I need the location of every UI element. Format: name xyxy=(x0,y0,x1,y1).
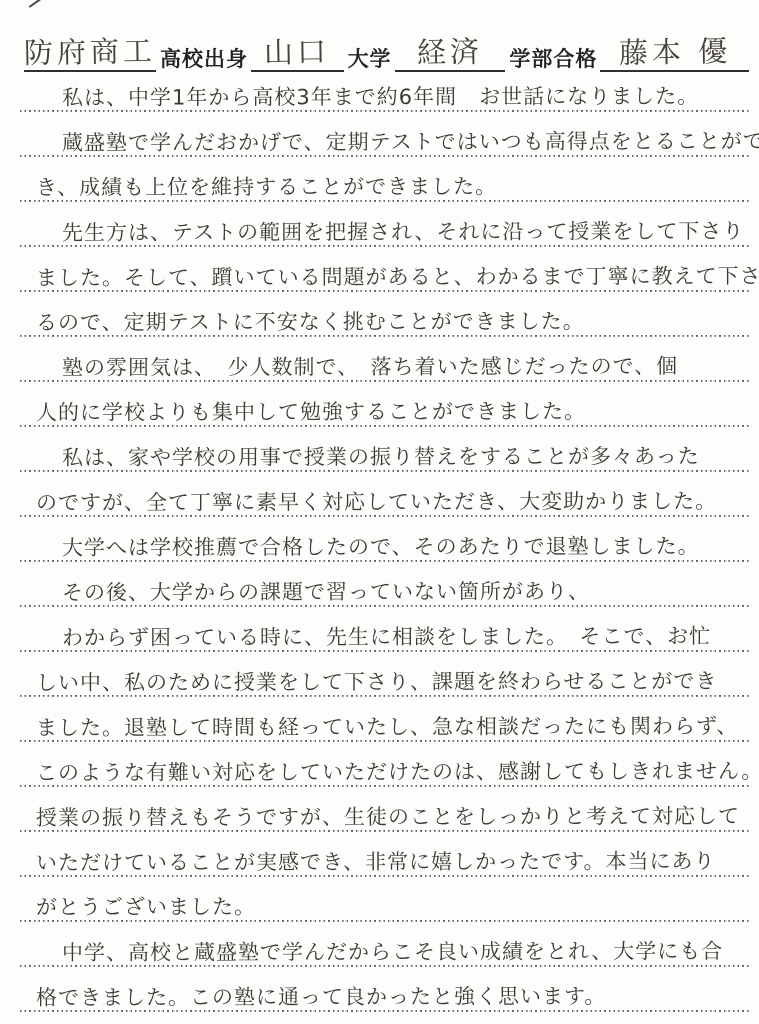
handwritten-text: 私は、中学1年から高校3年まで約6年間 お世話になりました。 xyxy=(62,84,699,110)
text-line: いただけていることが実感でき、非常に嬉しかったです。本当にあり xyxy=(0,832,759,877)
handwritten-text: 蔵盛塾で学んだおかげで、定期テストではいつも高得点をとることがで xyxy=(62,129,759,155)
text-line: ました。そして、躓いている問題があると、わかるまで丁寧に教えて下さ xyxy=(0,247,759,292)
scanned-testimonial-page: 防府商工 高校出身 山口 大学 経済 学部合格 藤本 優 私は、中学1年から高校… xyxy=(0,0,759,1024)
text-line: ました。退塾して時間も経っていたし、急な相談だったにも関わらず、 xyxy=(0,697,759,742)
text-line: 私は、中学1年から高校3年まで約6年間 お世話になりました。 xyxy=(0,67,759,112)
text-line: このような有難い対応をしていただけたのは、感謝してもしきれません。 xyxy=(0,742,759,787)
handwritten-text: 私は、家や学校の用事で授業の振り替えをすることが多々あった xyxy=(62,444,700,470)
handwritten-text: しい中、私のために授業をして下さり、課題を終わらせることができ xyxy=(36,669,717,695)
handwritten-text: いただけていることが実感でき、非常に嬉しかったです。本当にあり xyxy=(36,849,716,875)
handwritten-text: 授業の振り替えもそうですが、生徒のことをしっかりと考えて対応して xyxy=(36,804,740,830)
field-high-school: 防府商工 xyxy=(24,22,156,72)
handwritten-text: このような有難い対応をしていただけたのは、感謝してもしきれません。 xyxy=(36,759,759,785)
handwritten-text: その後、大学からの課題で習っていない箇所があり、 xyxy=(62,579,590,605)
field-faculty: 経済 xyxy=(395,22,506,72)
header-form-line: 防府商工 高校出身 山口 大学 経済 学部合格 藤本 優 xyxy=(24,24,749,72)
text-line: き、成績も上位を維持することができました。 xyxy=(0,157,759,202)
field-student-name: 藤本 優 xyxy=(600,22,749,72)
handwritten-body: 私は、中学1年から高校3年まで約6年間 お世話になりました。 蔵盛塾で学んだおか… xyxy=(0,67,759,1012)
text-line: 格できました。この塾に通って良かったと強く思います。 xyxy=(0,967,759,1012)
text-line: 中学、高校と蔵盛塾で学んだからこそ良い成績をとれ、大学にも合 xyxy=(0,922,759,967)
university-value: 山口 xyxy=(264,37,331,71)
handwritten-text: わからず困っている時に、先生に相談をしました。 そこで、お忙 xyxy=(62,624,711,650)
handwritten-text: ました。そして、躓いている問題があると、わかるまで丁寧に教えて下さ xyxy=(36,264,759,290)
text-line: 私は、家や学校の用事で授業の振り替えをすることが多々あった xyxy=(0,427,759,472)
handwritten-text: ました。退塾して時間も経っていたし、急な相談だったにも関わらず、 xyxy=(36,714,738,740)
text-line: 授業の振り替えもそうですが、生徒のことをしっかりと考えて対応して xyxy=(0,787,759,832)
handwritten-text: がとうございました。 xyxy=(36,895,256,920)
text-line: しい中、私のために授業をして下さり、課題を終わらせることができ xyxy=(0,652,759,697)
handwritten-text: 人的に学校よりも集中して勉強することができました。 xyxy=(36,399,586,425)
faculty-value: 経済 xyxy=(417,37,484,71)
text-line: その後、大学からの課題で習っていない箇所があり、 xyxy=(0,562,759,607)
text-line: 先生方は、テストの範囲を把握され、それに沿って授業をして下さり xyxy=(0,202,759,247)
handwritten-text: 中学、高校と蔵盛塾で学んだからこそ良い成績をとれ、大学にも合 xyxy=(62,939,723,965)
text-line: のですが、全て丁寧に素早く対応していただき、大変助かりました。 xyxy=(0,472,759,517)
handwritten-text: 格できました。この塾に通って良かったと強く思います。 xyxy=(36,984,606,1010)
handwritten-text: き、成績も上位を維持することができました。 xyxy=(36,174,497,199)
text-line: 蔵盛塾で学んだおかげで、定期テストではいつも高得点をとることがで xyxy=(0,112,759,157)
pen-corner-mark xyxy=(29,0,42,8)
handwritten-text: 大学へは学校推薦で合格したので、そのあたりで退塾しました。 xyxy=(62,534,700,560)
handwritten-text: るので、定期テストに不安なく挑むことができました。 xyxy=(36,309,585,335)
text-line: るので、定期テストに不安なく挑むことができました。 xyxy=(0,292,759,337)
text-line: 人的に学校よりも集中して勉強することができました。 xyxy=(0,382,759,427)
text-line: がとうございました。 xyxy=(0,877,759,922)
text-line: わからず困っている時に、先生に相談をしました。 そこで、お忙 xyxy=(0,607,759,652)
field-university: 山口 xyxy=(251,22,344,72)
handwritten-text: のですが、全て丁寧に素早く対応していただき、大変助かりました。 xyxy=(36,489,717,515)
text-line: 大学へは学校推薦で合格したので、そのあたりで退塾しました。 xyxy=(0,517,759,562)
handwritten-text: 塾の雰囲気は、 少人数制で、 落ち着いた感じだったので、個 xyxy=(62,354,678,380)
high-school-value: 防府商工 xyxy=(24,36,157,71)
handwritten-text: 先生方は、テストの範囲を把握され、それに沿って授業をして下さり xyxy=(62,219,744,245)
text-line: 塾の雰囲気は、 少人数制で、 落ち着いた感じだったので、個 xyxy=(0,337,759,382)
student-name-value: 藤本 優 xyxy=(618,36,731,71)
